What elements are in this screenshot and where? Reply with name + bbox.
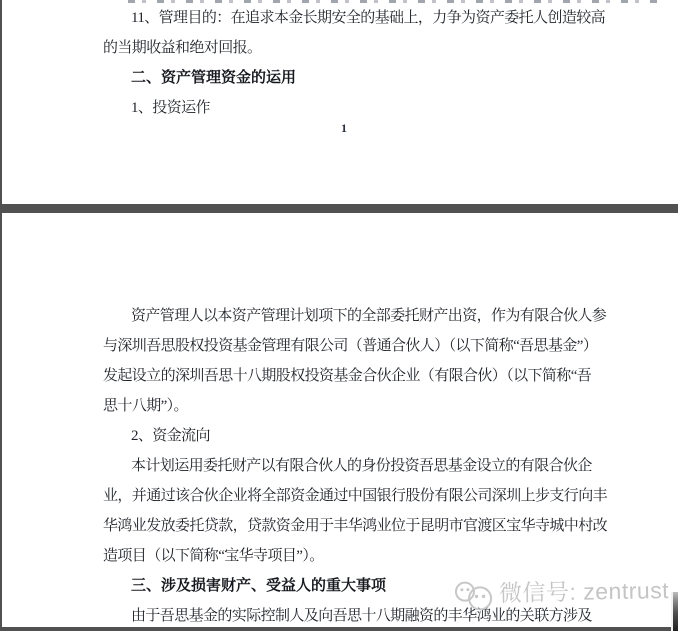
- doc-line: 思十八期”）。: [103, 391, 608, 421]
- doc-line: 造项目（以下简称“宝华寺项目”）。: [103, 541, 608, 571]
- page-divider-bottom: [0, 627, 678, 631]
- page-edge-artifact: [671, 592, 678, 631]
- page-number: 1: [103, 122, 585, 135]
- doc-line: 1、投资运作: [103, 93, 608, 123]
- document-page-2: 资产管理人以本资产管理计划项下的全部委托财产出资，作为有限合伙人参与深圳吾思股权…: [103, 301, 608, 631]
- page-divider: [0, 204, 678, 213]
- doc-line: 资产管理人以本资产管理计划项下的全部委托财产出资，作为有限合伙人参: [103, 301, 608, 331]
- doc-line: 与深圳吾思股权投资基金管理有限公司（普通合伙人）（以下简称“吾思基金”）: [103, 331, 608, 361]
- doc-line: 三、涉及损害财产、受益人的重大事项: [103, 571, 608, 601]
- doc-line: 华鸿业发放委托贷款，贷款资金用于丰华鸿业位于昆明市官渡区宝华寺城中村改: [103, 511, 608, 541]
- document-viewport: 11、管理目的：在追求本金长期安全的基础上，力争为资产委托人创造较高的当期收益和…: [0, 0, 678, 631]
- doc-line: 本计划运用委托财产以有限合伙人的身份投资吾思基金设立的有限合伙企: [103, 451, 608, 481]
- doc-line: 的当期收益和绝对回报。: [103, 33, 608, 63]
- left-edge-line: [0, 0, 2, 631]
- doc-line: 11、管理目的：在追求本金长期安全的基础上，力争为资产委托人创造较高: [103, 3, 608, 33]
- document-page-1: 11、管理目的：在追求本金长期安全的基础上，力争为资产委托人创造较高的当期收益和…: [103, 3, 608, 123]
- doc-line: 发起设立的深圳吾思十八期股权投资基金合伙企业（有限合伙）（以下简称“吾: [103, 361, 608, 391]
- doc-line: 业，并通过该合伙企业将全部资金通过中国银行股份有限公司深圳上步支行向丰: [103, 481, 608, 511]
- doc-line: 二、资产管理资金的运用: [103, 63, 608, 93]
- doc-line: 2、资金流向: [103, 421, 608, 451]
